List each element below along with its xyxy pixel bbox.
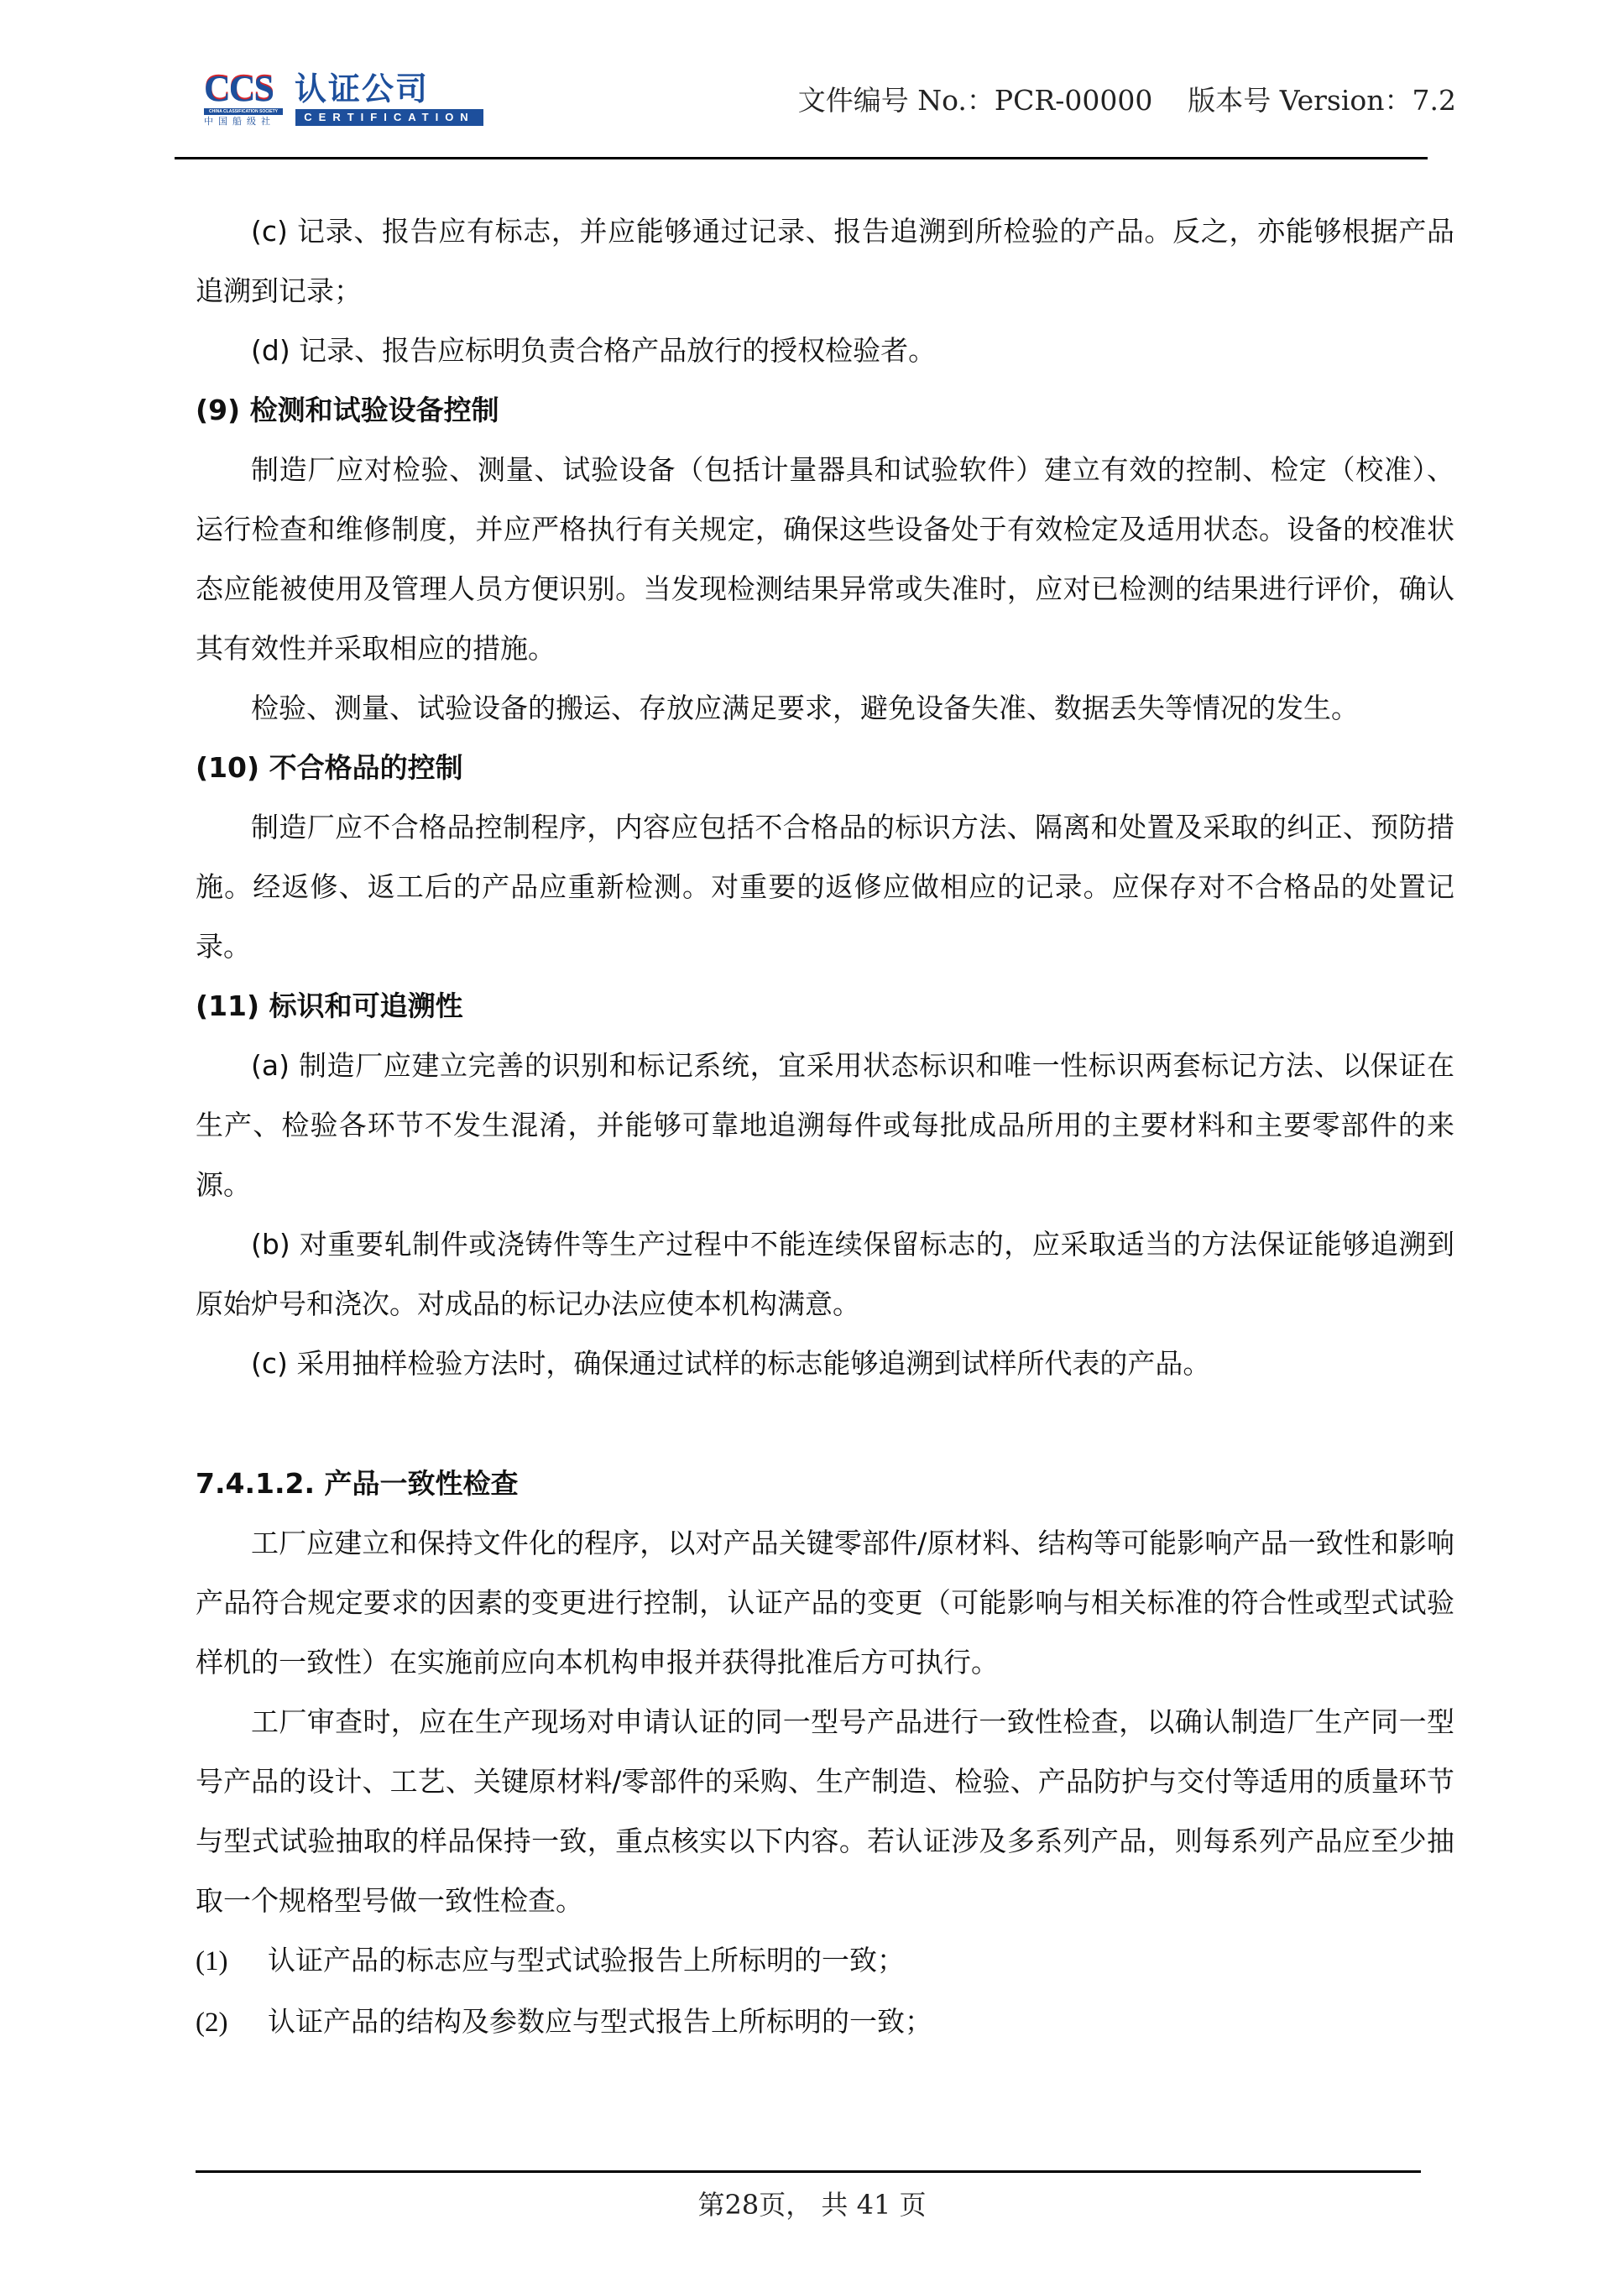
doc-number-label: 文件编号 No.：	[798, 84, 995, 117]
section-11-title: (11) 标识和可追溯性	[196, 976, 1454, 1036]
page-number: 第28页， 共 41 页	[0, 2188, 1624, 2222]
list-item-text: 认证产品的结构及参数应与型式报告上所标明的一致；	[268, 2005, 932, 2038]
ccs-certification-logo: CCS CHINA CLASSIFICATION SOCIETY 中国船级社 认…	[204, 70, 489, 126]
list-item-number: (2)	[196, 1993, 268, 2053]
paragraph-8d: (d) 记录、报告应标明负责合格产品放行的授权检验者。	[196, 321, 1454, 380]
section-7412-title: 7.4.1.2. 产品一致性检查	[196, 1454, 1454, 1513]
section-9-paragraph-2: 检验、测量、试验设备的搬运、存放应满足要求，避免设备失准、数据丢失等情况的发生。	[196, 678, 1454, 738]
logo-ccs-mark: CCS	[204, 70, 273, 107]
document-page: CCS CHINA CLASSIFICATION SOCIETY 中国船级社 认…	[0, 0, 1624, 2287]
footer-divider	[196, 2170, 1421, 2173]
list-item-2: (2)认证产品的结构及参数应与型式报告上所标明的一致；	[196, 1992, 1454, 2053]
section-7412-paragraph-2: 工厂审查时，应在生产现场对申请认证的同一型号产品进行一致性检查，以确认制造厂生产…	[196, 1692, 1454, 1930]
header-divider	[175, 157, 1428, 159]
document-body: (c) 记录、报告应有标志，并应能够通过记录、报告追溯到所检验的产品。反之，亦能…	[196, 201, 1454, 2053]
list-item-1: (1)认证产品的标志应与型式试验报告上所标明的一致；	[196, 1930, 1454, 1992]
section-10-paragraph-1: 制造厂应不合格品控制程序，内容应包括不合格品的标识方法、隔离和处置及采取的纠正、…	[196, 797, 1454, 976]
logo-certification-en: CERTIFICATION	[295, 109, 483, 126]
document-meta: 文件编号 No.：PCR-00000 版本号 Version：7.2	[798, 84, 1456, 117]
section-10-title: (10) 不合格品的控制	[196, 738, 1454, 797]
doc-number: PCR-00000	[995, 84, 1152, 117]
section-11-item-c: (c) 采用抽样检验方法时，确保通过试样的标志能够追溯到试样所代表的产品。	[196, 1334, 1454, 1393]
logo-company-cn: 认证公司	[295, 70, 429, 107]
logo-society-en: CHINA CLASSIFICATION SOCIETY	[204, 108, 283, 115]
version-label: 版本号 Version：	[1188, 84, 1412, 117]
list-item-number: (1)	[196, 1932, 268, 1992]
section-11-item-b: (b) 对重要轧制件或浇铸件等生产过程中不能连续保留标志的，应采取适当的方法保证…	[196, 1214, 1454, 1334]
list-item-text: 认证产品的标志应与型式试验报告上所标明的一致；	[268, 1944, 905, 1976]
paragraph-8c: (c) 记录、报告应有标志，并应能够通过记录、报告追溯到所检验的产品。反之，亦能…	[196, 201, 1454, 321]
section-9-paragraph-1: 制造厂应对检验、测量、试验设备（包括计量器具和试验软件）建立有效的控制、检定（校…	[196, 440, 1454, 678]
section-7412-paragraph-1: 工厂应建立和保持文件化的程序，以对产品关键零部件/原材料、结构等可能影响产品一致…	[196, 1513, 1454, 1692]
logo-society-cn: 中国船级社	[204, 116, 285, 127]
section-11-item-a: (a) 制造厂应建立完善的识别和标记系统，宜采用状态标识和唯一性标识两套标记方法…	[196, 1036, 1454, 1214]
version-number: 7.2	[1413, 84, 1456, 117]
section-9-title: (9) 检测和试验设备控制	[196, 380, 1454, 440]
section-spacer	[196, 1393, 1454, 1454]
